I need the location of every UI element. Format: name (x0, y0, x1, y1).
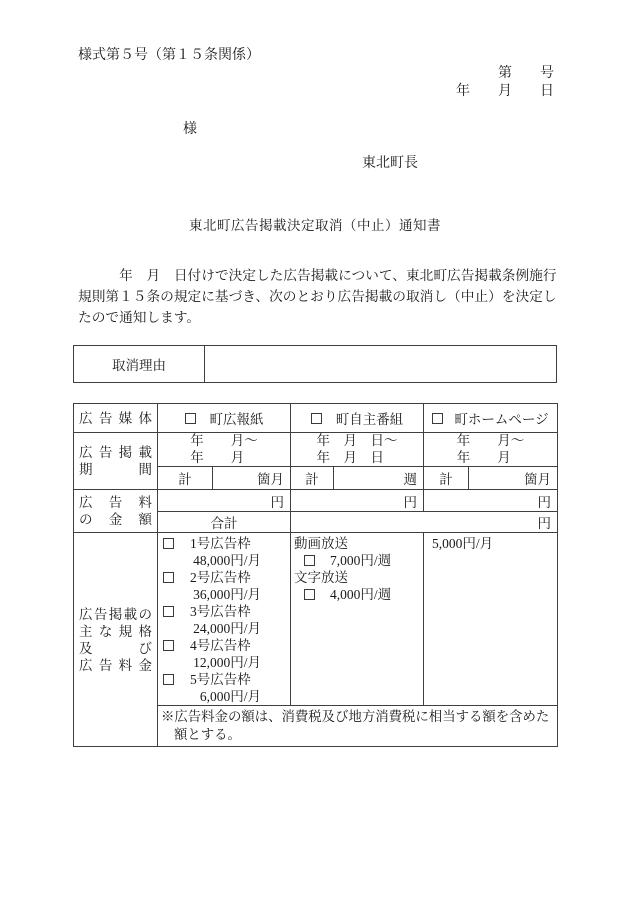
addressee-suffix: 様 (183, 122, 197, 137)
unit-weeks-label: 週 (404, 472, 418, 487)
spec-label-cell: 広告掲載の 主な規格 及び 広告料金 (74, 533, 158, 747)
fee-program-field[interactable]: 円 (291, 490, 424, 512)
body-line: 年 月 日付けで決定した広告掲載について、東北町広告掲載条例施行 (78, 265, 557, 286)
total-label: 計 (305, 472, 319, 487)
ad-frame-name: 3号広告枠 (190, 603, 251, 620)
period-label-line: 広告掲載 (74, 444, 157, 461)
period-range-line: 年 月～ (457, 433, 525, 450)
unit-months-label: 箇月 (524, 472, 551, 487)
ad-frame-name: 2号広告枠 (190, 569, 251, 586)
media-label-cell: 広告媒体 (74, 404, 158, 433)
period-total-label-cell: 計 (158, 467, 213, 490)
fee-amounts-row: 広告料 の金額 円 円 円 (74, 490, 558, 512)
fee-total-field[interactable]: 円 (291, 512, 558, 533)
period-program-total-field[interactable]: 週 (334, 467, 424, 490)
checkbox-ad-frame-1[interactable] (163, 538, 174, 549)
media-option-label: 町広報紙 (210, 408, 264, 428)
cancellation-reason-label-text: 取消理由 (112, 358, 166, 373)
text-broadcast-item: 4,000円/週 (304, 586, 423, 603)
period-range-line: 年 月 日 (317, 450, 398, 467)
media-row: 広告媒体 町広報紙 町自主番組 (74, 404, 558, 433)
cancellation-reason-label: 取消理由 (74, 346, 205, 383)
ad-frame-item: 2号広告枠 (162, 569, 290, 586)
text-broadcast-label: 文字放送 (294, 569, 423, 586)
fee-homepage-field[interactable]: 円 (424, 490, 558, 512)
spec-label-line: 広告料金 (74, 657, 157, 674)
checkbox-video-broadcast[interactable] (304, 555, 315, 566)
body-paragraph: 年 月 日付けで決定した広告掲載について、東北町広告掲載条例施行 規則第１５条の… (78, 265, 557, 328)
body-line: たので通知します。 (78, 307, 557, 328)
advertisement-detail-table: 広告媒体 町広報紙 町自主番組 (73, 403, 558, 747)
fee-label-line: の金額 (74, 511, 157, 528)
fee-note-cell: ※広告料金の額は、消費税及び地方消費税に相当する額を含めた 額とする。 (158, 706, 558, 747)
fee-total-label: 合計 (211, 516, 238, 531)
media-option-homepage-cell: 町ホームページ (424, 404, 558, 433)
checkbox-media-newsletter[interactable] (185, 413, 196, 424)
yen-label: 円 (538, 495, 552, 510)
period-range-line: 年 月～ (190, 433, 258, 450)
cancellation-reason-field[interactable] (205, 346, 557, 383)
ad-frame-price: 24,000円/月 (162, 620, 261, 637)
fee-note-line: ※広告料金の額は、消費税及び地方消費税に相当する額を含めた (161, 708, 555, 726)
period-newsletter-total-field[interactable]: 箇月 (213, 467, 291, 490)
video-broadcast-price: 7,000円/週 (330, 552, 391, 569)
ad-frame-name: 1号広告枠 (190, 535, 251, 552)
media-option-program-cell: 町自主番組 (291, 404, 424, 433)
video-broadcast-label: 動画放送 (294, 535, 423, 552)
checkbox-media-homepage[interactable] (432, 413, 443, 424)
unit-months-label: 箇月 (257, 472, 284, 487)
period-total-label-cell: 計 (291, 467, 334, 490)
media-option-newsletter-cell: 町広報紙 (158, 404, 291, 433)
period-label-line: 期間 (74, 461, 157, 478)
period-homepage-total-field[interactable]: 箇月 (469, 467, 558, 490)
ad-frame-item: 3号広告枠 (162, 603, 290, 620)
fee-newsletter-field[interactable]: 円 (158, 490, 291, 512)
fee-label-line: 広告料 (74, 494, 157, 511)
text-broadcast-price: 4,000円/週 (330, 586, 391, 603)
spec-homepage-cell: 5,000円/月 (424, 533, 558, 706)
ad-frame-item: 5号広告枠 (162, 671, 290, 688)
date-line: 年 月 日 (456, 84, 554, 99)
spec-label-line: 及び (74, 640, 157, 657)
media-option-label: 町ホームページ (454, 408, 548, 428)
media-label: 広告媒体 (74, 410, 157, 427)
period-range-line: 年 月 日～ (317, 433, 398, 450)
cancellation-reason-table: 取消理由 (73, 345, 557, 383)
ad-frame-item: 4号広告枠 (162, 637, 290, 654)
period-newsletter-field[interactable]: 年 月～ 年 月 (158, 433, 291, 467)
checkbox-text-broadcast[interactable] (304, 589, 315, 600)
ad-frame-name: 4号広告枠 (190, 637, 251, 654)
ad-frame-name: 5号広告枠 (190, 671, 251, 688)
period-program-field[interactable]: 年 月 日～ 年 月 日 (291, 433, 424, 467)
spec-newsletter-cell: 1号広告枠 48,000円/月 2号広告枠 36,000円/月 3号広告枠 24… (158, 533, 291, 706)
checkbox-ad-frame-2[interactable] (163, 572, 174, 583)
yen-label: 円 (271, 495, 285, 510)
ad-frame-price: 12,000円/月 (162, 654, 261, 671)
period-dates-row: 広告掲載 期間 年 月～ 年 月 年 月 日～ 年 月 日 (74, 433, 558, 467)
document-title: 東北町広告掲載決定取消（中止）通知書 (0, 214, 630, 234)
checkbox-media-program[interactable] (311, 413, 322, 424)
period-range-line: 年 月 (457, 450, 525, 467)
sender-mayor: 東北町長 (362, 156, 418, 171)
period-total-label-cell: 計 (424, 467, 469, 490)
yen-label: 円 (538, 516, 552, 531)
document-number-line: 第 号 (498, 66, 554, 81)
ad-frame-price: 36,000円/月 (162, 586, 261, 603)
homepage-price: 5,000円/月 (432, 535, 557, 552)
fee-total-label-cell: 合計 (158, 512, 291, 533)
fee-note-line: 額とする。 (174, 726, 555, 744)
spec-label-line: 広告掲載の (74, 606, 157, 623)
total-label: 計 (178, 472, 192, 487)
form-number: 様式第５号（第１５条関係） (78, 48, 260, 63)
ad-frame-item: 1号広告枠 (162, 535, 290, 552)
ad-frame-price: 6,000円/月 (162, 688, 261, 705)
period-label-cell: 広告掲載 期間 (74, 433, 158, 490)
checkbox-ad-frame-3[interactable] (163, 606, 174, 617)
spec-broadcast-cell: 動画放送 7,000円/週 文字放送 4,000円/週 (291, 533, 424, 706)
spec-label-line: 主な規格 (74, 623, 157, 640)
period-homepage-field[interactable]: 年 月～ 年 月 (424, 433, 558, 467)
video-broadcast-item: 7,000円/週 (304, 552, 423, 569)
period-range-line: 年 月 (190, 450, 258, 467)
spec-row: 広告掲載の 主な規格 及び 広告料金 1号広告枠 48,000円/月 2号広告枠 (74, 533, 558, 706)
notice-document-page: 様式第５号（第１５条関係） 第 号 年 月 日 様 東北町長 東北町広告掲載決定… (0, 0, 630, 903)
total-label: 計 (439, 472, 453, 487)
checkbox-ad-frame-4[interactable] (163, 640, 174, 651)
body-line: 規則第１５条の規定に基づき、次のとおり広告掲載の取消し（中止）を決定し (78, 286, 557, 307)
checkbox-ad-frame-5[interactable] (163, 674, 174, 685)
ad-frame-price: 48,000円/月 (162, 552, 261, 569)
yen-label: 円 (404, 495, 418, 510)
fee-label-cell: 広告料 の金額 (74, 490, 158, 533)
media-option-label: 町自主番組 (336, 408, 404, 428)
